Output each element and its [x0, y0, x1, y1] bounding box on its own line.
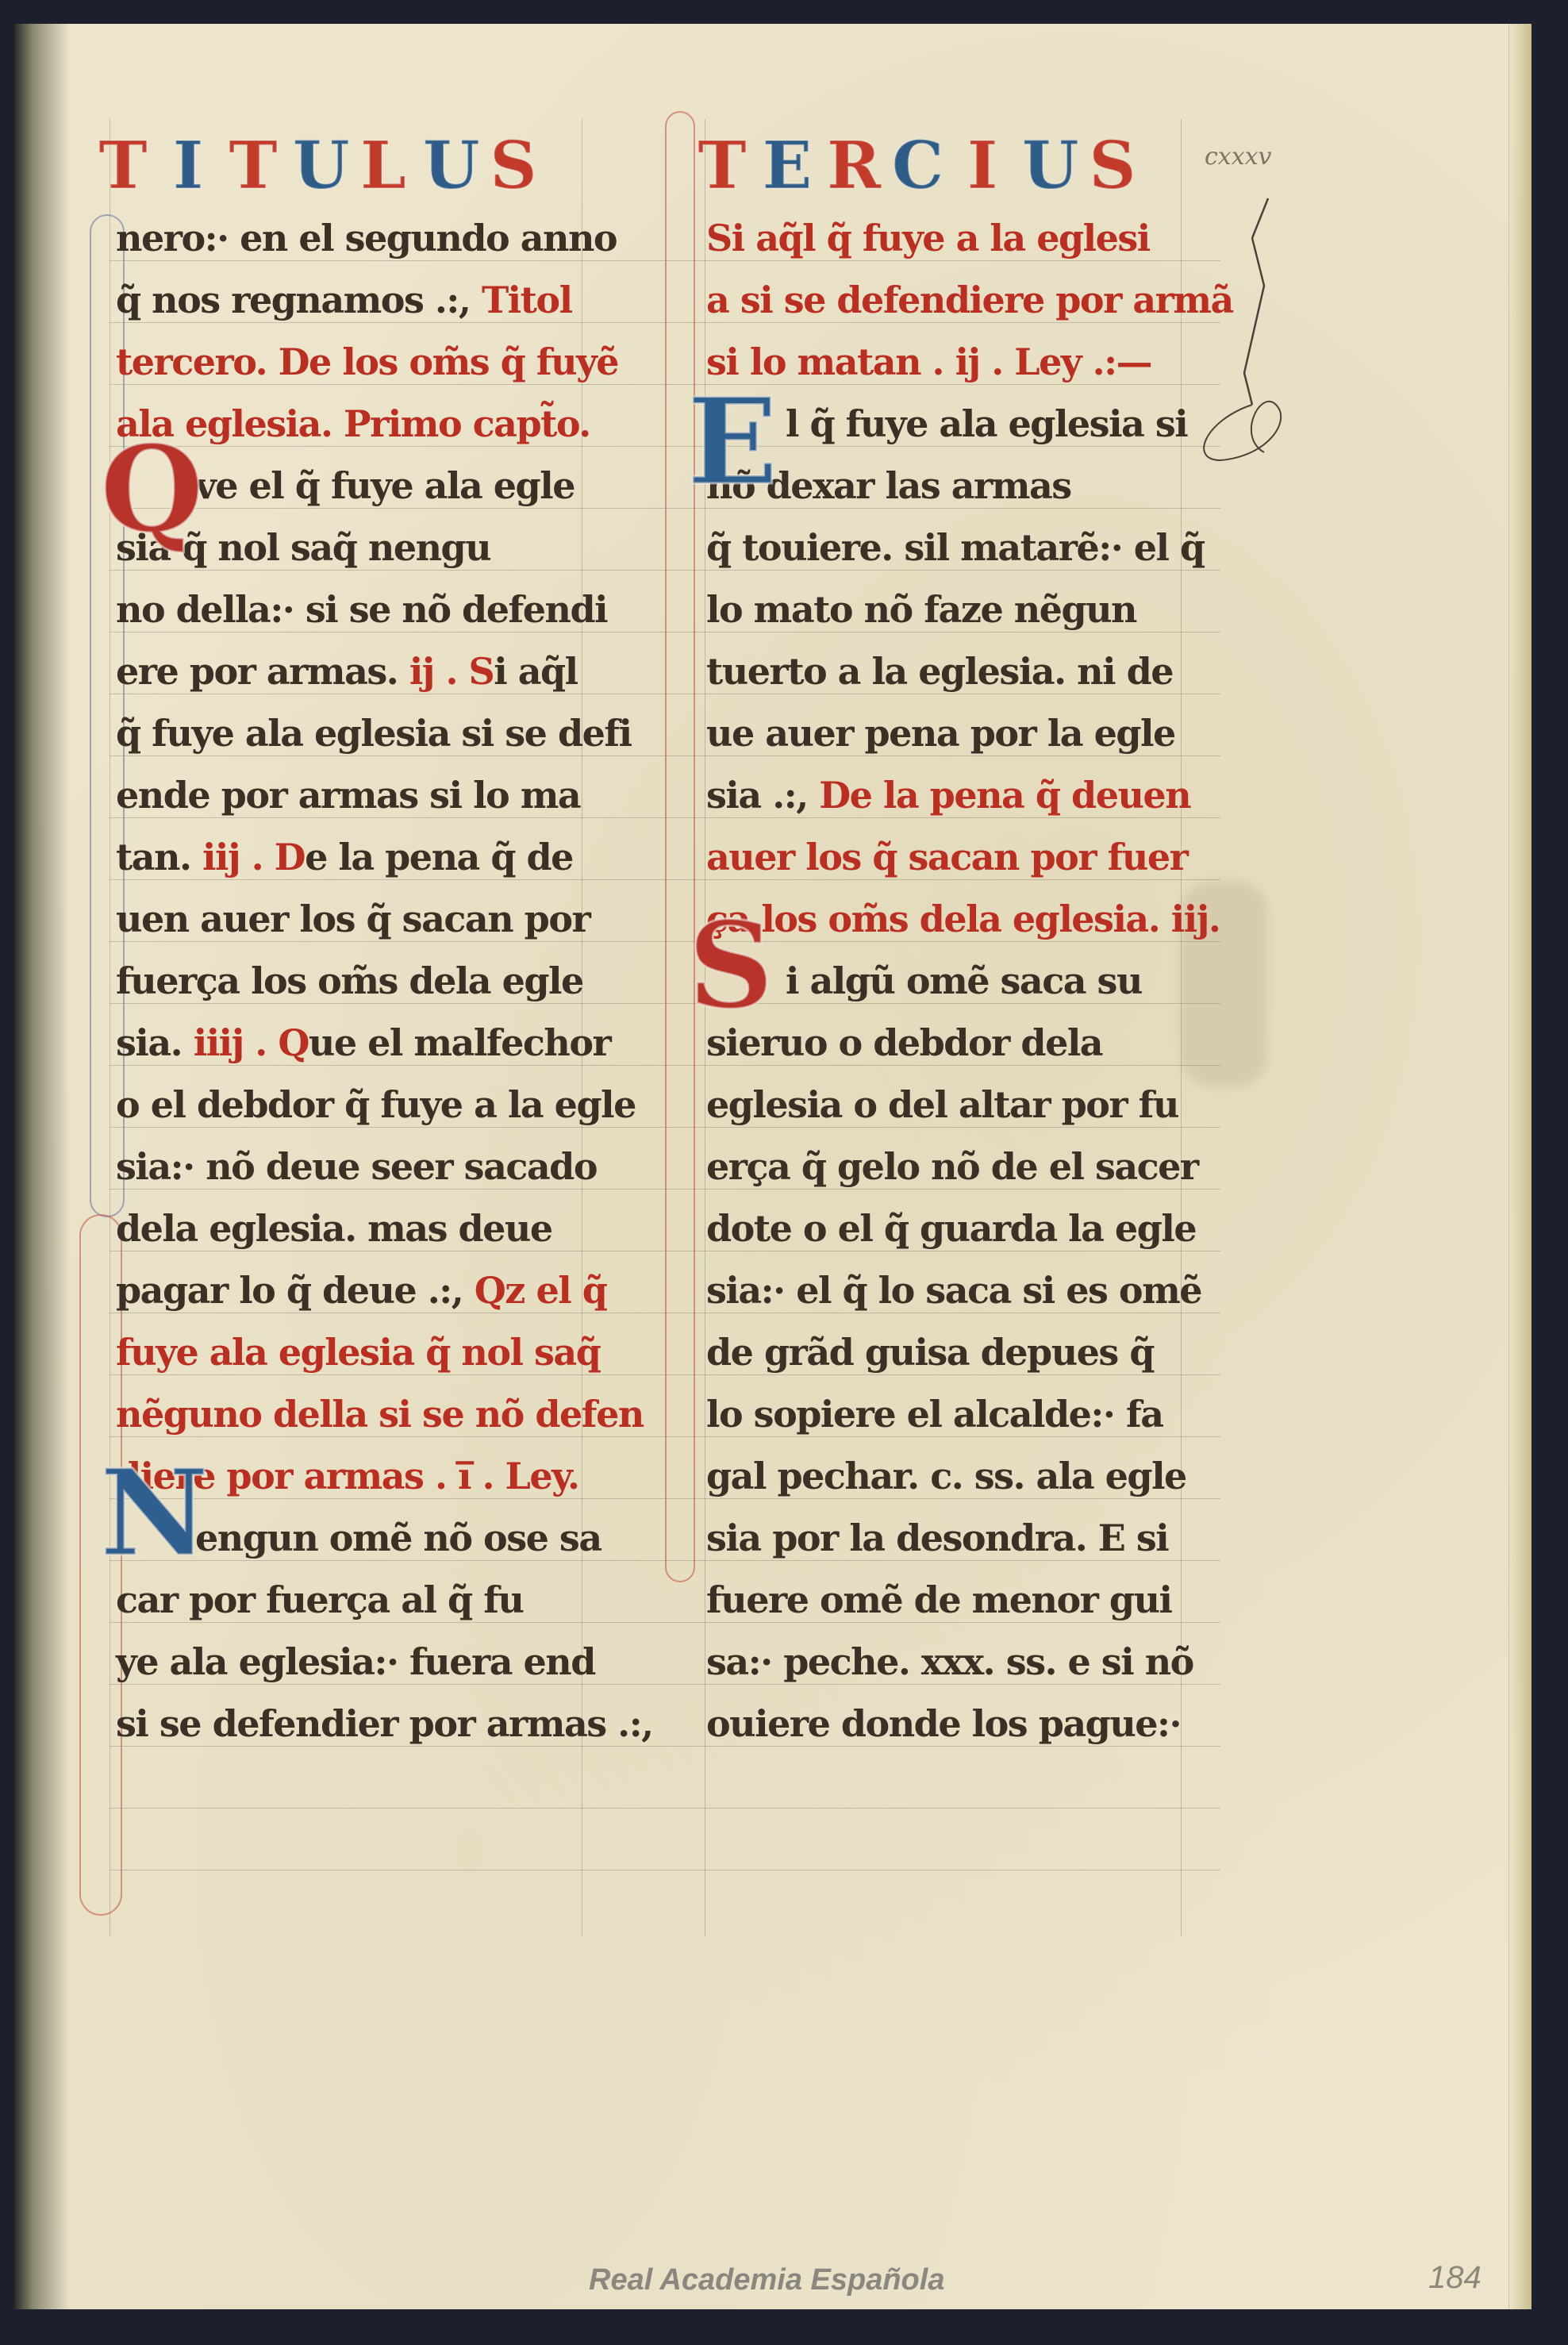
running-heading-left: TITULUS	[98, 127, 539, 198]
manuscript-line: pagar lo q̃ deue .:, Qz el q̃	[116, 1267, 606, 1314]
heading-capital: I	[957, 133, 1008, 198]
manuscript-line: no della:· si se nõ defendi	[116, 586, 607, 633]
margin-scribble-icon	[1189, 183, 1379, 468]
margin-note-foliation: cxxxv	[1205, 143, 1272, 171]
manuscript-line: sia. iiij . Que el malfechor	[116, 1019, 610, 1067]
ruling-line	[110, 1870, 1220, 1870]
manuscript-line: erça q̃ gelo nõ de el sacer	[706, 1143, 1198, 1190]
heading-capital: R	[827, 133, 878, 198]
manuscript-line: sa:· peche. xxx. ss. e si nõ	[706, 1638, 1193, 1686]
text-segment: pagar lo q̃ deue .:,	[116, 1269, 475, 1312]
manuscript-line: sia .:, De la pena q̃ deuen	[706, 771, 1190, 819]
manuscript-line: l q̃ fuye ala eglesia si	[786, 400, 1187, 448]
heading-capital: T	[228, 133, 279, 198]
text-segment: q̃ nos regnamos .:,	[116, 279, 482, 321]
manuscript-page: TITULUS TERCIUS cxxxv nero:· en el segun…	[14, 24, 1531, 2309]
heading-capital: T	[98, 133, 148, 198]
page-edge	[1508, 24, 1531, 2309]
manuscript-line: fuere omẽ de menor gui	[706, 1576, 1172, 1624]
rubric-segment: Titol	[482, 279, 572, 321]
heading-capital: U	[423, 133, 474, 198]
text-segment: ere por armas.	[116, 650, 409, 693]
manuscript-line: fuerça los om̃s dela egle	[116, 957, 583, 1005]
manuscript-line: car por fuerça al q̃ fu	[116, 1576, 523, 1624]
heading-capital: L	[358, 133, 409, 198]
text-segment: e la pena q̃ de	[305, 836, 573, 878]
manuscript-line: ue auer pena por la egle	[706, 709, 1175, 757]
binding-gutter-shadow	[14, 24, 70, 2309]
text-segment: sia.	[116, 1021, 194, 1064]
heading-capital: S	[488, 133, 539, 198]
text-segment: tan.	[116, 836, 202, 878]
manuscript-line: q̃ nos regnamos .:, Titol	[116, 276, 572, 324]
manuscript-line: eglesia o del altar por fu	[706, 1081, 1178, 1128]
manuscript-line: fuye ala eglesia q̃ nol saq̃	[116, 1328, 600, 1376]
manuscript-line: tuerto a la eglesia. ni de	[706, 648, 1173, 695]
text-segment: sia .:,	[706, 774, 819, 817]
rubric-segment: Qz el q̃	[475, 1269, 607, 1312]
manuscript-line: a si se defendiere por armã	[706, 276, 1233, 324]
manuscript-line: ende por armas si lo ma	[116, 771, 580, 819]
manuscript-line: q̃ touiere. sil matarẽ:· el q̃	[706, 524, 1205, 571]
manuscript-line: lo mato nõ faze nẽgun	[706, 586, 1136, 633]
rubric-segment: iiij . Q	[194, 1021, 309, 1064]
manuscript-line: tercero. De los om̃s q̃ fuyẽ	[116, 338, 618, 386]
rubric-segment: ij . S	[409, 650, 494, 693]
running-heading-right: TERCIUS	[697, 127, 1138, 198]
heading-capital: U	[293, 133, 344, 198]
heading-capital: C	[892, 133, 943, 198]
manuscript-line: ere por armas. ij . Si aq̃l	[116, 648, 578, 695]
rubric-segment: De la pena q̃ deuen	[819, 774, 1190, 817]
heading-capital: I	[163, 133, 213, 198]
penwork-flourish-center	[665, 111, 695, 1582]
manuscript-line: sia:· el q̃ lo saca si es omẽ	[706, 1267, 1201, 1314]
illuminated-initial-s: S	[687, 906, 774, 1025]
manuscript-line: engun omẽ nõ ose sa	[195, 1514, 601, 1562]
manuscript-line: ouiere donde los pague:·	[706, 1700, 1181, 1747]
manuscript-line: ça los om̃s dela eglesia. iij.	[706, 895, 1220, 943]
folio-number: 184	[1428, 2260, 1482, 2296]
watermark-real-academia: Real Academia Española	[589, 2263, 944, 2297]
manuscript-line: Si aq̃l q̃ fuye a la eglesi	[706, 214, 1150, 262]
manuscript-line: ye ala eglesia:· fuera end	[116, 1638, 595, 1686]
heading-capital: T	[697, 133, 747, 198]
manuscript-line: dote o el q̃ guarda la egle	[706, 1205, 1196, 1252]
manuscript-line: sia por la desondra. E si	[706, 1514, 1168, 1562]
manuscript-line: nero:· en el segundo anno	[116, 214, 617, 262]
manuscript-line: o el debdor q̃ fuye a la egle	[116, 1081, 636, 1128]
illuminated-initial-q: Q	[100, 430, 187, 549]
manuscript-line: tan. iij . De la pena q̃ de	[116, 833, 573, 881]
manuscript-line: q̃ fuye ala eglesia si se defi	[116, 709, 632, 757]
heading-capital: U	[1022, 133, 1073, 198]
manuscript-line: dela eglesia. mas deue	[116, 1205, 552, 1252]
illuminated-initial-e: E	[687, 383, 774, 502]
manuscript-line: uen auer los q̃ sacan por	[116, 895, 590, 943]
manuscript-line: si se defendier por armas .:,	[116, 1700, 653, 1747]
ruling-line	[110, 1808, 1220, 1809]
text-segment: ue el malfechor	[309, 1021, 610, 1064]
heading-capital: S	[1087, 133, 1138, 198]
heading-capital: E	[762, 133, 813, 198]
manuscript-line: lo sopiere el alcalde:· fa	[706, 1390, 1163, 1438]
illuminated-initial-n: N	[100, 1454, 187, 1573]
manuscript-line: sia:· nõ deue seer sacado	[116, 1143, 597, 1190]
manuscript-line: nẽguno della si se nõ defen	[116, 1390, 644, 1438]
manuscript-line: de grãd guisa depues q̃	[706, 1328, 1154, 1376]
manuscript-line: ve el q̃ fuye ala egle	[195, 462, 575, 509]
manuscript-line: i algũ omẽ saca su	[786, 957, 1142, 1005]
rubric-segment: iij . D	[202, 836, 305, 878]
manuscript-line: auer los q̃ sacan por fuer	[706, 833, 1187, 881]
manuscript-line: gal pechar. c. ss. ala egle	[706, 1452, 1186, 1500]
text-segment: i aq̃l	[494, 650, 577, 693]
